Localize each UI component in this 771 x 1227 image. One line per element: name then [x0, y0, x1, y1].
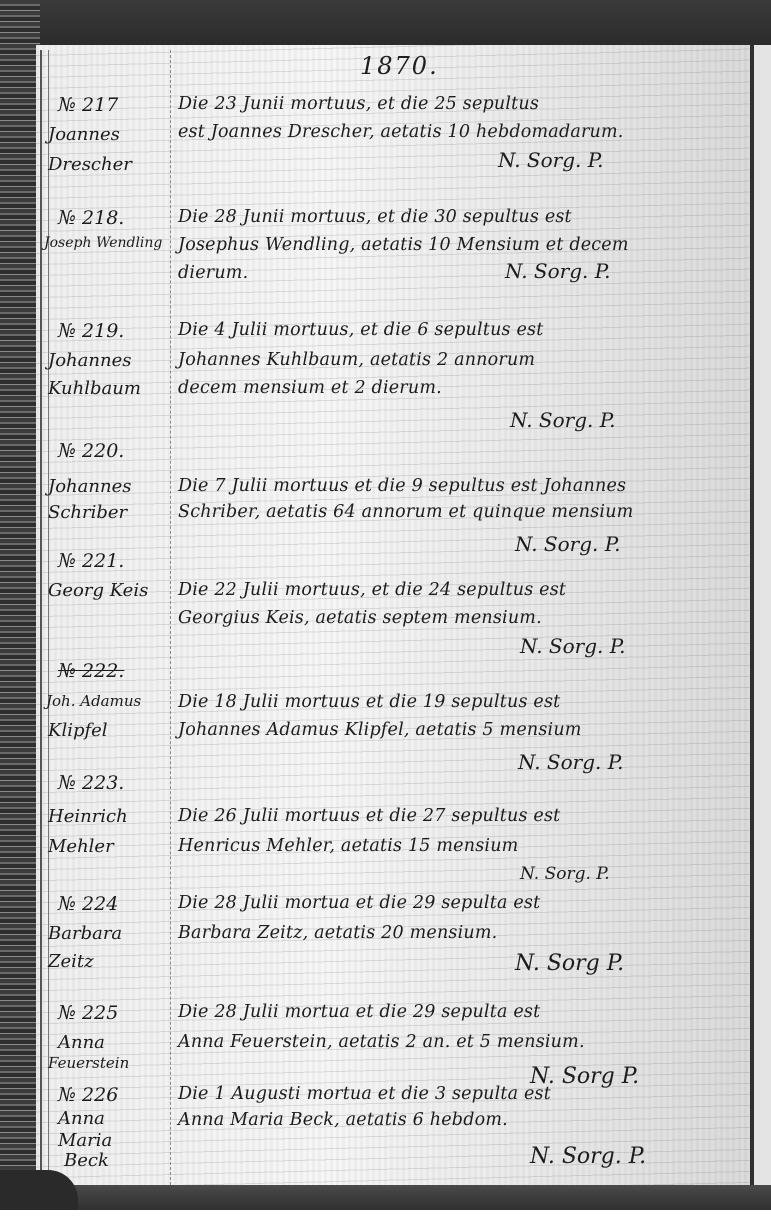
scan-border-top — [0, 0, 771, 45]
entry-name-line: Drescher — [48, 154, 132, 175]
entry-text-line: Barbara Zeitz, aetatis 20 mensium. — [178, 923, 497, 943]
page-year-heading: 1870. — [360, 52, 439, 80]
entry-signature: N. Sorg. P. — [530, 1144, 646, 1169]
entry-signature: N. Sorg. P. — [498, 148, 604, 172]
entry-signature: N. Sorg. P. — [520, 634, 626, 658]
entry-text-line: est Joannes Drescher, aetatis 10 hebdoma… — [178, 122, 624, 142]
entry-text-line: Henricus Mehler, aetatis 15 mensium — [178, 836, 518, 856]
entry-text-line: Die 22 Julii mortuus, et die 24 sepultus… — [178, 580, 566, 600]
entry-text-line: Die 23 Junii mortuus, et die 25 sepultus — [178, 94, 539, 114]
entry-number: № 220. — [58, 440, 124, 462]
entry-name-line: Maria — [58, 1130, 112, 1151]
entry-signature: N. Sorg. P. — [510, 408, 616, 432]
entry-name-line: Johannes — [48, 350, 131, 371]
entry-number: № 218. — [58, 207, 124, 229]
entry-name-line: Klipfel — [48, 720, 108, 741]
entry-name-line: Mehler — [48, 836, 114, 857]
entry-signature: N. Sorg. P. — [518, 750, 624, 774]
entry-name-line: Anna — [58, 1108, 105, 1129]
entry-name-line: Schriber — [48, 502, 127, 523]
scan-border-bottom — [0, 1185, 771, 1210]
entry-text-line: Die 4 Julii mortuus, et die 6 sepultus e… — [178, 320, 543, 340]
entry-name-line: Joh. Adamus — [46, 692, 141, 710]
entry-name-line: Feuerstein — [48, 1054, 129, 1072]
entry-signature: N. Sorg. P. — [520, 864, 610, 884]
entry-number: № 219. — [58, 320, 124, 342]
entry-number: № 224 — [58, 893, 118, 915]
entry-name-line: Beck — [64, 1150, 109, 1171]
entry-text-line: dierum. — [178, 263, 248, 283]
entry-number: № 223. — [58, 772, 124, 794]
page-margin-rule — [40, 50, 49, 1180]
entry-text-line: Johannes Kuhlbaum, aetatis 2 annorum — [178, 350, 535, 370]
entry-number: № 225 — [58, 1002, 118, 1024]
entry-text-line: Johannes Adamus Klipfel, aetatis 5 mensi… — [178, 720, 582, 740]
scan-border-left — [0, 0, 40, 1210]
entry-name-line: Georg Keis — [48, 580, 148, 601]
entry-signature: N. Sorg. P. — [515, 532, 621, 556]
entry-text-line: Die 18 Julii mortuus et die 19 sepultus … — [178, 692, 560, 712]
entry-text-line: Anna Maria Beck, aetatis 6 hebdom. — [178, 1110, 508, 1130]
entry-text-line: Schriber, aetatis 64 annorum et quinque … — [178, 502, 633, 522]
adjacent-page-edge — [754, 45, 771, 1190]
entry-text-line: Josephus Wendling, aetatis 10 Mensium et… — [178, 235, 629, 255]
entry-signature: N. Sorg. P. — [505, 259, 611, 283]
entry-name-line: Joseph Wendling — [44, 235, 162, 251]
entry-text-line: Anna Feuerstein, aetatis 2 an. et 5 mens… — [178, 1032, 585, 1052]
entry-number: № 217 — [58, 94, 118, 116]
entry-number: № 226 — [58, 1084, 118, 1106]
entry-text-line: Die 26 Julii mortuus et die 27 sepultus … — [178, 806, 560, 826]
column-divider — [170, 50, 171, 1185]
scan-white-strip — [0, 1210, 771, 1227]
entry-text-line: Die 28 Julii mortua et die 29 sepulta es… — [178, 1002, 540, 1022]
entry-number: № 221. — [58, 550, 124, 572]
entry-text-line: decem mensium et 2 dierum. — [178, 378, 442, 398]
scan-corner-shadow — [0, 1170, 78, 1210]
entry-number: № 222. — [58, 660, 124, 682]
entry-name-line: Kuhlbaum — [48, 378, 141, 399]
entry-name-line: Joannes — [48, 124, 120, 145]
entry-name-line: Heinrich — [48, 806, 128, 827]
entry-name-line: Anna — [58, 1032, 105, 1053]
entry-name-line: Johannes — [48, 476, 131, 497]
entry-text-line: Die 7 Julii mortuus et die 9 sepultus es… — [178, 476, 626, 496]
entry-signature: N. Sorg P. — [515, 951, 624, 976]
entry-name-line: Zeitz — [48, 951, 94, 972]
entry-text-line: Die 28 Julii mortua et die 29 sepulta es… — [178, 893, 540, 913]
entry-name-line: Barbara — [48, 923, 122, 944]
entry-text-line: Die 1 Augusti mortua et die 3 sepulta es… — [178, 1084, 551, 1104]
entry-text-line: Die 28 Junii mortuus, et die 30 sepultus… — [178, 207, 572, 227]
entry-text-line: Georgius Keis, aetatis septem mensium. — [178, 608, 542, 628]
